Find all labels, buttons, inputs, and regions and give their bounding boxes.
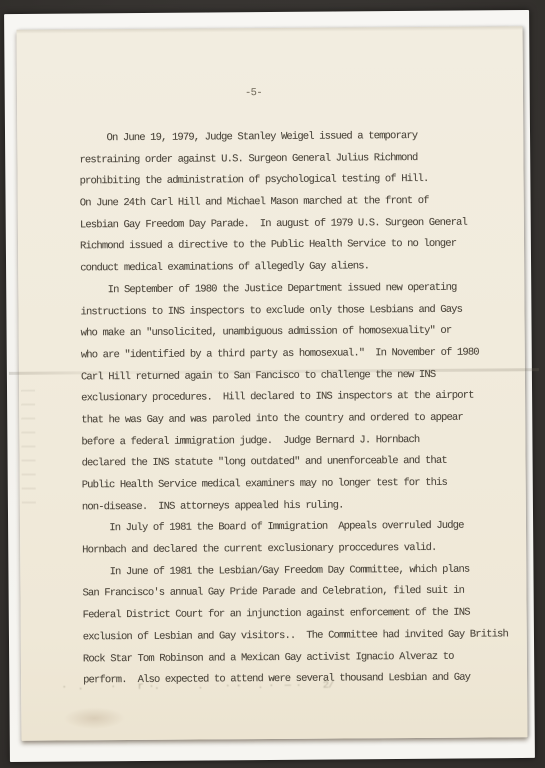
text-line: exclusion of Lesbian and Gay visitors.. … bbox=[83, 624, 515, 649]
paper-stain bbox=[63, 707, 125, 729]
text-line: Rock Star Tom Robinson and a Mexican Gay… bbox=[83, 646, 515, 671]
text-line: conduct medical examinations of allegedl… bbox=[80, 255, 512, 280]
text-line: non-disease. INS attorneys appealed his … bbox=[82, 494, 514, 519]
text-line: San Francisco's annual Gay Pride Parade … bbox=[82, 581, 514, 606]
text-line: In June of 1981 the Lesbian/Gay Freedom … bbox=[82, 559, 514, 584]
text-line: prohibiting the administration of psycho… bbox=[80, 169, 512, 194]
document-page: -5- On June 19, 1979, Judge Stanley Weig… bbox=[17, 26, 528, 741]
scanned-document-background: -5- On June 19, 1979, Judge Stanley Weig… bbox=[0, 0, 545, 768]
text-line: Hornbach and declared the current exclus… bbox=[82, 537, 514, 562]
text-line: instructions to INS inspectors to exclud… bbox=[80, 299, 512, 324]
typewritten-text: On June 19, 1979, Judge Stanley Weigel i… bbox=[79, 125, 515, 692]
erased-text-smudge: · . · r ·. . · · . · — · 2/ bbox=[61, 679, 361, 693]
text-line: In September of 1980 the Justice Departm… bbox=[80, 277, 512, 302]
page-number: -5- bbox=[245, 87, 262, 99]
text-line: In July of 1981 the Board of Immigration… bbox=[82, 516, 514, 541]
text-line: Richmond issued a directive to the Publi… bbox=[80, 234, 512, 259]
text-line: who make an "unsolicited, unambiguous ad… bbox=[81, 321, 513, 346]
left-edge-smudge bbox=[21, 390, 36, 510]
text-line: Federal District Court for an injunction… bbox=[83, 602, 515, 627]
text-line: Carl Hill returned again to San Fancisco… bbox=[81, 364, 513, 389]
text-line: before a federal immigration judge. Judg… bbox=[81, 429, 513, 454]
text-line: Public Health Service medical examiners … bbox=[82, 472, 514, 497]
text-line: On June 24th Carl Hill and Michael Mason… bbox=[80, 190, 512, 215]
text-line: exclusionary procedures. Hill declared t… bbox=[81, 386, 513, 411]
text-line: Lesbian Gay Freedom Day Parade. In augus… bbox=[80, 212, 512, 237]
text-line: restraining order against U.S. Surgeon G… bbox=[79, 147, 511, 172]
text-line: who are "identified by a third party as … bbox=[81, 342, 513, 367]
text-line: declared the INS statute "long outdated"… bbox=[81, 451, 513, 476]
text-line: that he was Gay and was paroled into the… bbox=[81, 407, 513, 432]
text-line: On June 19, 1979, Judge Stanley Weigel i… bbox=[79, 125, 511, 150]
